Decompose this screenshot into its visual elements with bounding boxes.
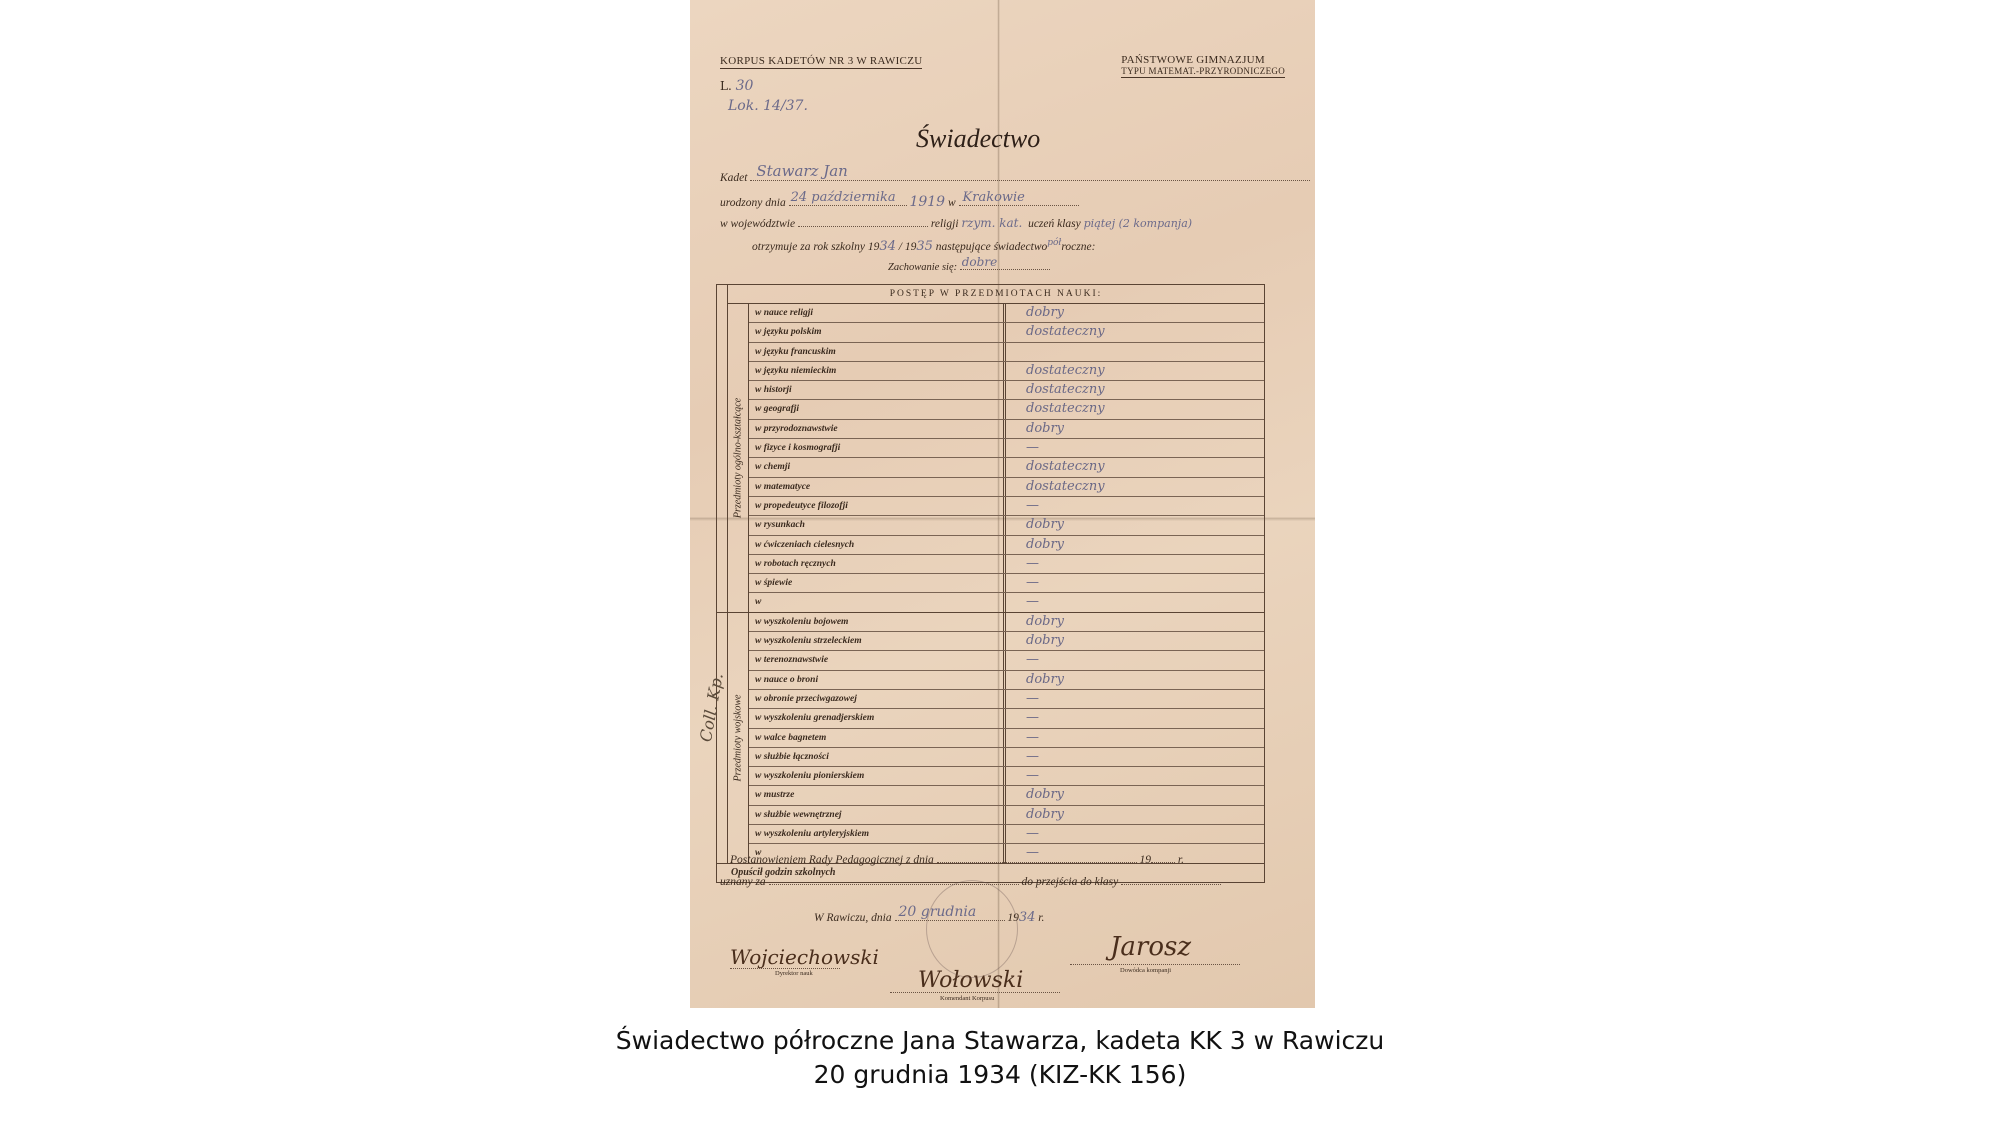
subject-row: w wyszkoleniu pionierskiem— (749, 767, 1264, 786)
subject-name: w przyrodoznawstwie (749, 420, 1006, 438)
ref-label: L. (720, 79, 732, 93)
year-to: 35 (916, 239, 933, 254)
subject-name: w służbie łączności (749, 748, 1006, 766)
field-voivodeship-religion-class: w województwie religji rzym. kat. uczeń … (720, 216, 1192, 230)
ref-handwritten: Lok. 14/37. (728, 98, 808, 114)
subject-grade: — (1006, 555, 1264, 573)
header-gymnasium: PAŃSTWOWE GIMNAZJUM TYPU MATEMAT.-PRZYRO… (1121, 54, 1285, 78)
reference-number: L. 30 (720, 78, 753, 94)
subject-row: w matematycedostateczny (749, 478, 1264, 497)
born-year: 1919 (909, 194, 945, 210)
caption-line-1: Świadectwo półroczne Jana Stawarza, kade… (0, 1024, 2000, 1058)
subject-name: w wyszkoleniu bojowem (749, 613, 1006, 631)
subject-grade (1006, 343, 1264, 361)
subject-row: w terenoznawstwie— (749, 651, 1264, 670)
subject-name: w nauce religji (749, 304, 1006, 322)
subject-grade: dobry (1006, 613, 1264, 631)
subject-row: w historjidostateczny (749, 381, 1264, 400)
subject-grade: — (1006, 709, 1264, 727)
place-year-prefix: 19 (1007, 912, 1019, 924)
subject-row: w języku niemieckimdostateczny (749, 362, 1264, 381)
signature-label-commandant: Komendant Korpusu (940, 995, 994, 1002)
signature-line-director (730, 968, 840, 969)
year-sep: / 19 (899, 241, 917, 253)
subject-grade: dostateczny (1006, 458, 1264, 476)
subject-grade: — (1006, 748, 1264, 766)
grades-table: POSTĘP W PRZEDMIOTACH NAUKI: Przedmioty … (716, 284, 1265, 883)
section-label-general: Przedmioty ogólno-kształcące (727, 304, 749, 612)
signature-line-company-commander (1070, 964, 1240, 965)
military-subject-rows: w wyszkoleniu bojowemdobryw wyszkoleniu … (749, 613, 1264, 863)
official-stamp (926, 880, 1018, 978)
subject-row: w wyszkoleniu grenadjerskiem— (749, 709, 1264, 728)
subject-row: w wyszkoleniu bojowemdobry (749, 613, 1264, 632)
subject-row: w rysunkachdobry (749, 516, 1264, 535)
field-kadet: Kadet Stawarz Jan (720, 172, 1310, 184)
religion-value: rzym. kat. (961, 216, 1022, 230)
subject-name: w wyszkoleniu strzeleckiem (749, 632, 1006, 650)
signature-label-company-commander: Dowódca kompanji (1120, 967, 1171, 974)
subject-name: w wyszkoleniu pionierskiem (749, 767, 1006, 785)
conduct-label: Zachowanie się: (888, 262, 957, 273)
subject-grade: dobry (1006, 536, 1264, 554)
subject-name: w języku polskim (749, 323, 1006, 341)
subject-row: w służbie wewnętrznejdobry (749, 806, 1264, 825)
header-gymnasium-line1: PAŃSTWOWE GIMNAZJUM (1121, 54, 1265, 66)
header-school-corps: KORPUS KADETÓW NR 3 W RAWICZU (720, 55, 922, 69)
subject-row: w służbie łączności— (749, 748, 1264, 767)
place-year-suffix: r. (1038, 912, 1044, 924)
voivodeship-label: w województwie (720, 218, 795, 230)
subject-row: w obronie przeciwgazowej— (749, 690, 1264, 709)
subject-row: w nauce religjidobry (749, 304, 1264, 323)
subject-grade: dostateczny (1006, 362, 1264, 380)
subject-name: w wyszkoleniu grenadjerskiem (749, 709, 1006, 727)
subject-row: w wyszkoleniu artyleryjskiem— (749, 825, 1264, 844)
subject-name: w obronie przeciwgazowej (749, 690, 1006, 708)
subject-grade: dobry (1006, 516, 1264, 534)
subject-row: w wyszkoleniu strzeleckiemdobry (749, 632, 1264, 651)
subject-name: w geografji (749, 400, 1006, 418)
signature-director: Wojciechowski (730, 945, 879, 969)
subject-row: w robotach ręcznych— (749, 555, 1264, 574)
resolution-line: Postanowieniem Rady Pedagogicznej z dnia… (730, 854, 1184, 866)
section-military-subjects: Przedmioty wojskowe w wyszkoleniu bojowe… (717, 613, 1264, 864)
subject-row: w geografjidostateczny (749, 400, 1264, 419)
born-in-label: w (948, 197, 956, 209)
promotion-label: do przejścia do klasy (1021, 876, 1118, 888)
subject-row: w języku polskimdostateczny (749, 323, 1264, 342)
resolution-label: Postanowieniem Rady Pedagogicznej z dnia (730, 854, 934, 866)
section-label-military: Przedmioty wojskowe (727, 613, 749, 863)
cert-type: roczne: (1061, 241, 1095, 253)
caption: Świadectwo półroczne Jana Stawarza, kade… (0, 1024, 2000, 1092)
section-general-subjects: Przedmioty ogólno-kształcące w nauce rel… (717, 304, 1264, 613)
subject-name: w ćwiczeniach cielesnych (749, 536, 1006, 554)
kadet-label: Kadet (720, 172, 747, 184)
general-subject-rows: w nauce religjidobryw języku polskimdost… (749, 304, 1264, 612)
resolution-year: 19 (1140, 854, 1152, 866)
subject-name: w mustrze (749, 786, 1006, 804)
subject-row: w mustrzedobry (749, 786, 1264, 805)
subject-grade: dostateczny (1006, 381, 1264, 399)
resolution-suffix: r. (1178, 854, 1184, 866)
signature-company-commander: Jarosz (1110, 932, 1191, 962)
subject-name: w (749, 593, 1006, 611)
ref-number: 30 (736, 78, 754, 94)
subject-row: w języku francuskim (749, 343, 1264, 362)
class-value: piątej (2 kompanja) (1084, 217, 1192, 230)
place-date-value: 20 grudnia (899, 904, 977, 920)
year-from: 34 (879, 239, 896, 254)
subject-grade: — (1006, 439, 1264, 457)
subject-name: w śpiewie (749, 574, 1006, 592)
subject-row: w śpiewie— (749, 574, 1264, 593)
subject-row: w przyrodoznawstwiedobry (749, 420, 1264, 439)
document-title: Świadectwo (916, 124, 1040, 154)
subject-grade: — (1006, 651, 1264, 669)
subject-name: w walce bagnetem (749, 729, 1006, 747)
section-label-general-text: Przedmioty ogólno-kształcące (733, 398, 744, 518)
header-gymnasium-line2: TYPU MATEMAT.-PRZYRODNICZEGO (1121, 66, 1285, 76)
subject-name: w propedeutyce filozofji (749, 497, 1006, 515)
subject-row: w ćwiczeniach cielesnychdobry (749, 536, 1264, 555)
subject-name: w chemji (749, 458, 1006, 476)
field-conduct: Zachowanie się: dobre (888, 262, 1050, 273)
subject-grade: — (1006, 729, 1264, 747)
born-place: Krakowie (963, 190, 1025, 205)
subject-row: w chemjidostateczny (749, 458, 1264, 477)
subject-grade: — (1006, 497, 1264, 515)
subject-name: w terenoznawstwie (749, 651, 1006, 669)
subject-name: w służbie wewnętrznej (749, 806, 1006, 824)
signature-line-commandant (890, 992, 1060, 993)
subject-name: w robotach ręcznych (749, 555, 1006, 573)
subject-grade: dobry (1006, 632, 1264, 650)
born-date: 24 października (791, 190, 896, 205)
subject-name: w języku francuskim (749, 343, 1006, 361)
kadet-value: Stawarz Jan (756, 162, 848, 180)
subject-row: w propedeutyce filozofji— (749, 497, 1264, 516)
subject-grade: dobry (1006, 420, 1264, 438)
subject-grade: — (1006, 767, 1264, 785)
signature-label-director: Dyrektor nauk (775, 970, 813, 977)
receives-label: otrzymuje za rok szkolny 19 (752, 241, 879, 253)
subject-name: w nauce o broni (749, 671, 1006, 689)
subject-grade: — (1006, 825, 1264, 843)
subject-row: w fizyce i kosmografji— (749, 439, 1264, 458)
subject-name: w języku niemieckim (749, 362, 1006, 380)
cert-type-insert: pół (1047, 238, 1061, 248)
class-label: uczeń klasy (1028, 218, 1081, 230)
caption-line-2: 20 grudnia 1934 (KIZ-KK 156) (0, 1058, 2000, 1092)
subject-grade: dostateczny (1006, 400, 1264, 418)
subject-grade: dostateczny (1006, 478, 1264, 496)
subject-name: w historji (749, 381, 1006, 399)
field-birth: urodzony dnia 24 października 1919 w Kra… (720, 194, 1079, 210)
subject-grade: dobry (1006, 806, 1264, 824)
subject-name: w wyszkoleniu artyleryjskiem (749, 825, 1006, 843)
subject-grade: dobry (1006, 786, 1264, 804)
field-school-year: otrzymuje za rok szkolny 1934 / 1935 nas… (752, 238, 1095, 254)
place-date-line: W Rawiczu, dnia 20 grudnia 1934 r. (814, 910, 1044, 925)
subject-name: w rysunkach (749, 516, 1006, 534)
subject-name: w matematyce (749, 478, 1006, 496)
religion-label: religji (931, 218, 959, 230)
certificate-document: KORPUS KADETÓW NR 3 W RAWICZU PAŃSTWOWE … (690, 0, 1315, 1008)
born-label: urodzony dnia (720, 197, 786, 209)
subject-grade: dostateczny (1006, 323, 1264, 341)
subject-row: w— (749, 593, 1264, 611)
subject-grade: — (1006, 593, 1264, 611)
recognized-label: uznany za (720, 876, 766, 888)
receives-suffix: następujące świadectwo (936, 241, 1047, 253)
subject-grade: — (1006, 690, 1264, 708)
subject-name: w fizyce i kosmografji (749, 439, 1006, 457)
section-label-military-text: Przedmioty wojskowe (733, 694, 744, 781)
conduct-value: dobre (962, 255, 997, 269)
subject-grade: — (1006, 574, 1264, 592)
subject-grade: dobry (1006, 671, 1264, 689)
signature-commandant: Wołowski (918, 968, 1023, 993)
subject-grade: dobry (1006, 304, 1264, 322)
subject-row: w nauce o bronidobry (749, 671, 1264, 690)
subject-row: w walce bagnetem— (749, 729, 1264, 748)
place-date-label: W Rawiczu, dnia (814, 912, 892, 924)
grades-table-heading: POSTĘP W PRZEDMIOTACH NAUKI: (727, 285, 1264, 304)
place-year-value: 34 (1019, 910, 1036, 925)
